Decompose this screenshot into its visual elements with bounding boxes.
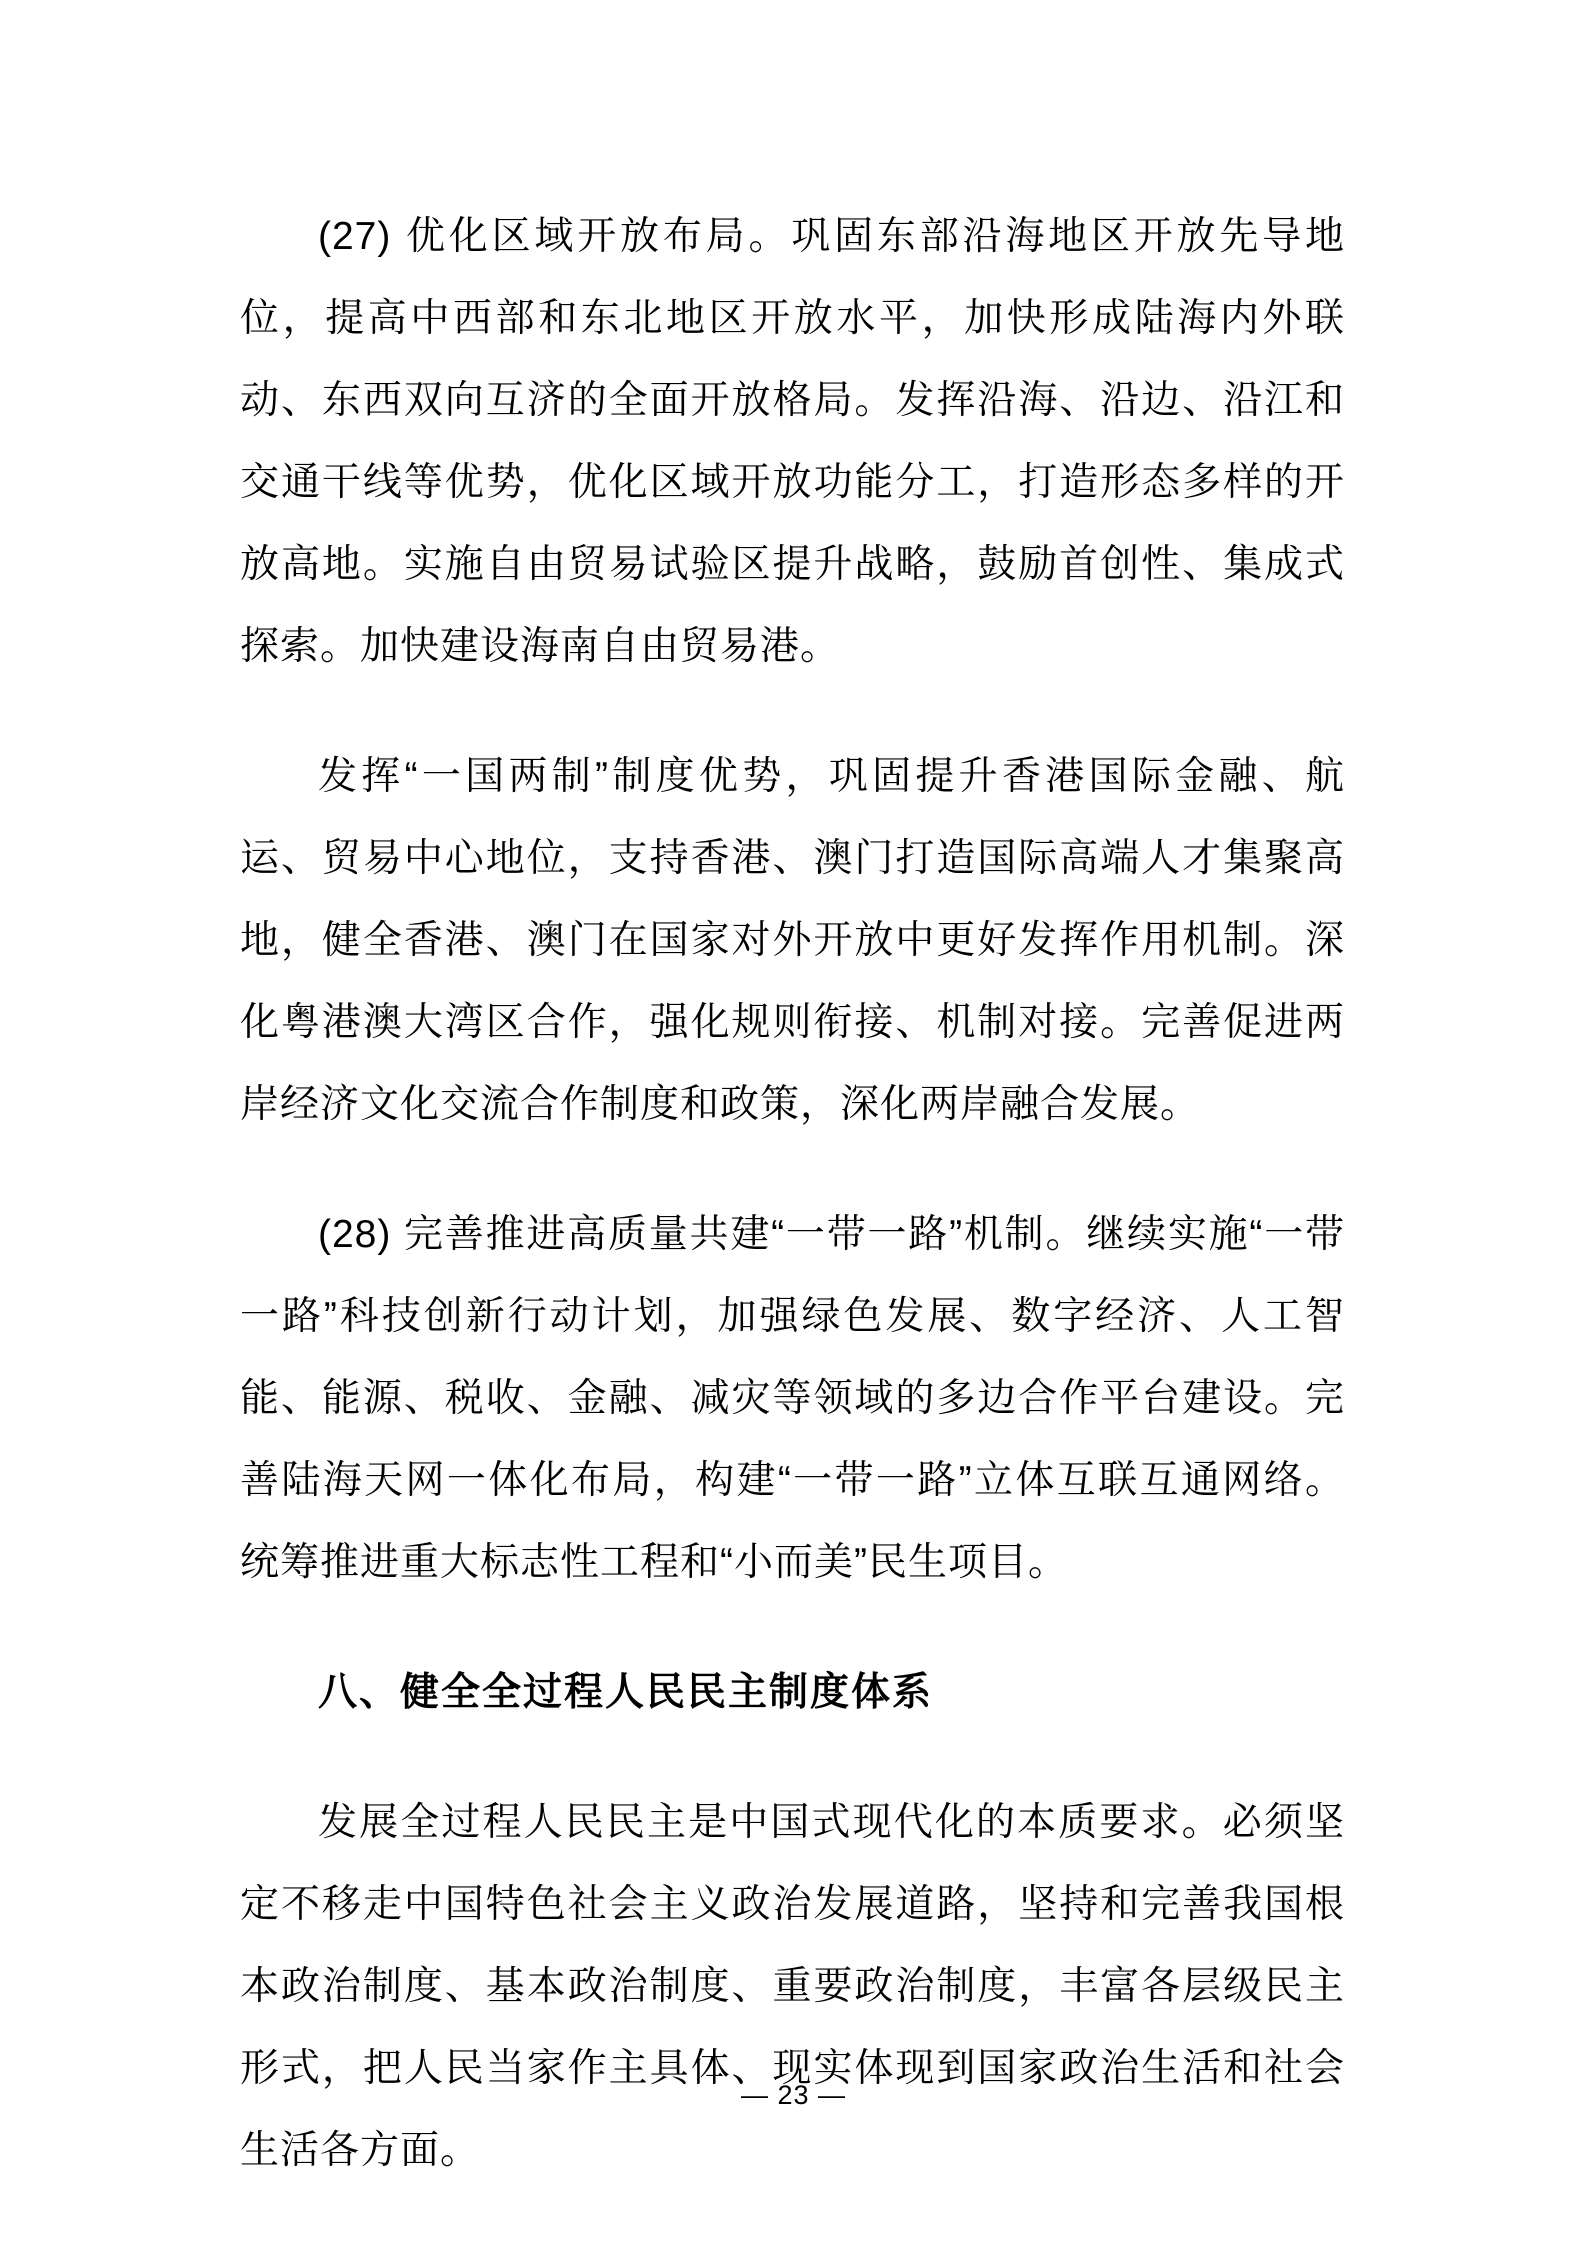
paragraph-whole-process-democracy: 发展全过程人民民主是中国式现代化的本质要求。必须坚定不移走中国特色社会主义政治发… (240, 1782, 1345, 2192)
paragraph-28-belt-and-road: (28) 完善推进高质量共建“一带一路”机制。继续实施“一带一路”科技创新行动计… (240, 1194, 1345, 1604)
page-number: — 23 — (0, 2078, 1587, 2112)
paragraph-27-regional-opening: (27) 优化区域开放布局。巩固东部沿海地区开放先导地位，提高中西部和东北地区开… (240, 196, 1345, 688)
document-page: (27) 优化区域开放布局。巩固东部沿海地区开放先导地位，提高中西部和东北地区开… (0, 0, 1587, 2245)
paragraph-one-country-two-systems: 发挥“一国两制”制度优势，巩固提升香港国际金融、航运、贸易中心地位，支持香港、澳… (240, 736, 1345, 1146)
section-heading-8-peoples-democracy: 八、健全全过程人民民主制度体系 (240, 1652, 1345, 1734)
